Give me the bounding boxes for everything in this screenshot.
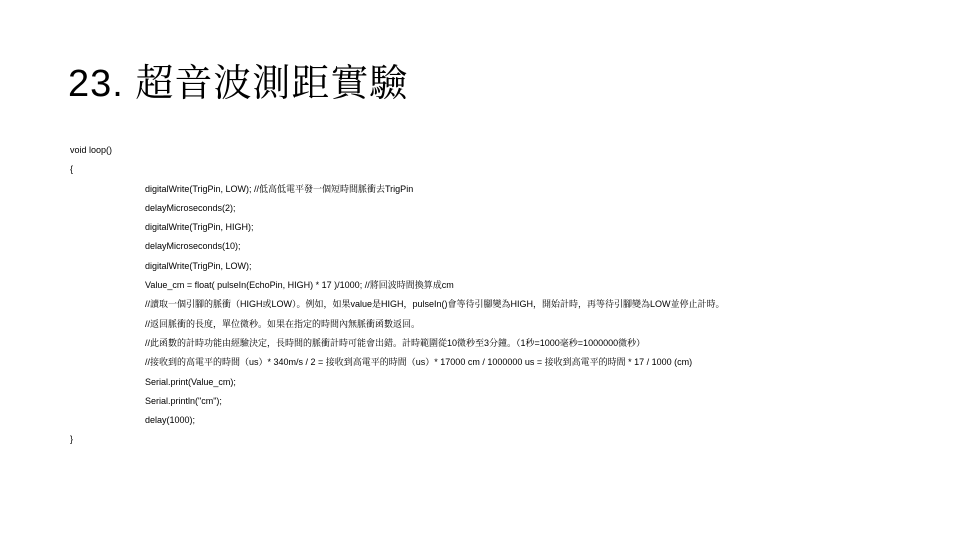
code-line: Value_cm = float( pulseIn(EchoPin, HIGH)… <box>70 276 910 295</box>
code-line: void loop() <box>70 141 910 160</box>
code-line: delayMicroseconds(2); <box>70 199 910 218</box>
code-line: delay(1000); <box>70 411 910 430</box>
code-line: Serial.println("cm"); <box>70 392 910 411</box>
code-line: digitalWrite(TrigPin, LOW); //低高低電平發一個短時… <box>70 180 910 199</box>
code-line: //返回脈衝的長度，單位微秒。如果在指定的時間內無脈衝函數返回。 <box>70 315 910 334</box>
code-line: //此函數的計時功能由經驗決定，長時間的脈衝計時可能會出錯。計時範圍從10微秒至… <box>70 334 910 353</box>
code-line: digitalWrite(TrigPin, HIGH); <box>70 218 910 237</box>
code-line: //接收到的高電平的時間（us）* 340m/s / 2 = 接收到高電平的時間… <box>70 353 910 372</box>
code-line: } <box>70 430 910 449</box>
code-line: digitalWrite(TrigPin, LOW); <box>70 257 910 276</box>
code-block: void loop(){digitalWrite(TrigPin, LOW); … <box>70 141 910 450</box>
slide-title: 23. 超音波測距實驗 <box>68 52 408 107</box>
code-line: Serial.print(Value_cm); <box>70 373 910 392</box>
slide: 23. 超音波測距實驗 void loop(){digitalWrite(Tri… <box>0 0 960 540</box>
code-line: delayMicroseconds(10); <box>70 237 910 256</box>
code-line: //讀取一個引腳的脈衝（HIGH或LOW）。例如，如果value是HIGH，pu… <box>70 295 910 314</box>
code-line: { <box>70 160 910 179</box>
